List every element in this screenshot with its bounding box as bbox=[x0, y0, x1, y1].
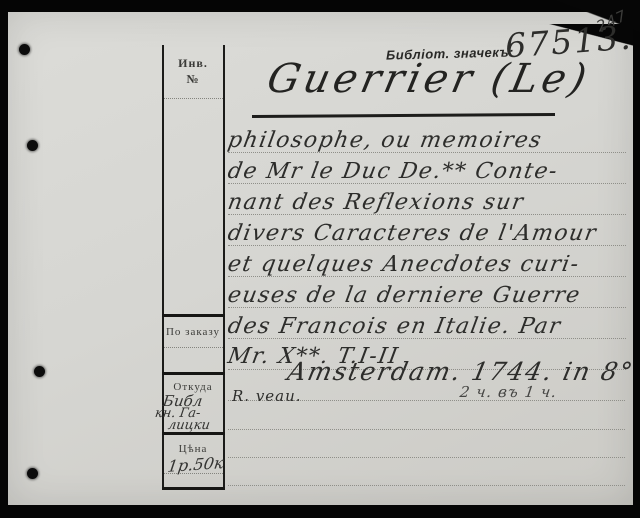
punch-dot bbox=[27, 468, 38, 479]
entry-text-line: divers Caracteres de l'Amour bbox=[226, 221, 599, 246]
entry-text-line: philosophe, ou memoires bbox=[226, 128, 545, 153]
column-dotted-rule bbox=[164, 347, 223, 348]
column-left-rule bbox=[162, 45, 164, 489]
inventory-label: Инв. bbox=[162, 56, 224, 71]
column-dotted-rule bbox=[164, 98, 223, 99]
inventory-number-sign: № bbox=[162, 72, 224, 87]
punch-dot bbox=[34, 366, 45, 377]
binding-note: R. veau. bbox=[232, 387, 302, 405]
column-divider bbox=[162, 372, 225, 375]
punch-dot bbox=[27, 140, 38, 151]
imprint-line: Amsterdam. 1744. in 8° bbox=[285, 357, 637, 386]
entry-text-line: euses de la derniere Guerre bbox=[226, 283, 583, 308]
ruled-line bbox=[228, 485, 625, 486]
order-label: По заказу bbox=[162, 326, 224, 338]
entry-text-line: nant des Reflexions sur bbox=[226, 190, 526, 215]
punch-dot bbox=[19, 44, 30, 55]
column-divider bbox=[162, 487, 225, 490]
volume-pencil-note: 2 ч. въ 1 ч. bbox=[459, 383, 559, 401]
entry-text-line: des Francois en Italie. Par bbox=[226, 314, 564, 339]
entry-text-line: de Mr le Duc De.** Conte- bbox=[226, 159, 560, 184]
entry-text-line: et quelques Anecdotes curi- bbox=[226, 252, 582, 277]
column-right-rule bbox=[223, 45, 225, 489]
column-divider bbox=[162, 314, 225, 317]
entry-heading: Guerrier (Le) bbox=[263, 56, 594, 102]
origin-note-line: лицки bbox=[167, 418, 211, 433]
ruled-line bbox=[228, 457, 625, 458]
ruled-line bbox=[228, 429, 625, 430]
